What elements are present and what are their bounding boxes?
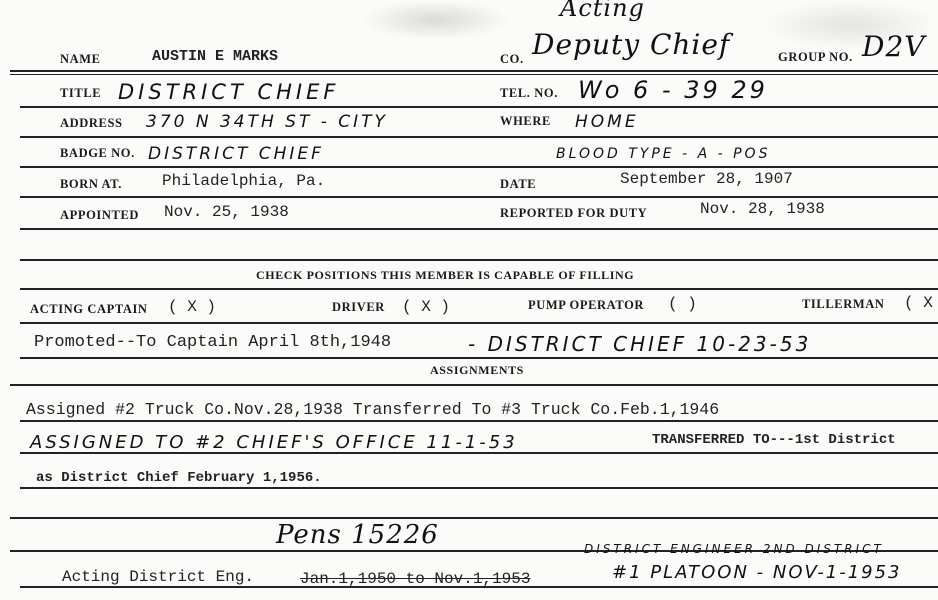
assignment-line-3: as District Chief February 1,1956. xyxy=(36,470,322,486)
co-value: Deputy Chief xyxy=(532,28,730,61)
title-label: TITLE xyxy=(60,86,101,101)
divider xyxy=(10,384,938,386)
divider xyxy=(20,322,938,324)
divider xyxy=(20,357,938,359)
co-value-acting: Acting xyxy=(560,0,645,22)
pension-number: Pens 15226 xyxy=(276,520,439,550)
group-no-value: D2V xyxy=(862,30,925,63)
where-label: WHERE xyxy=(500,114,551,129)
acting-captain-checkbox: ( X ) xyxy=(168,298,216,316)
personnel-record-card: NAME AUSTIN E MARKS Acting CO. Deputy Ch… xyxy=(0,0,938,600)
promotion-handwritten: - DISTRICT CHIEF 10-23-53 xyxy=(468,332,811,356)
appointed-value: Nov. 25, 1938 xyxy=(164,203,289,221)
reported-for-duty-value: Nov. 28, 1938 xyxy=(700,200,825,218)
promotion-typed: Promoted--To Captain April 8th,1948 xyxy=(34,333,391,352)
driver-label: DRIVER xyxy=(332,300,385,315)
address-label: ADDRESS xyxy=(60,116,123,131)
divider xyxy=(20,586,938,588)
badge-no-value: DISTRICT CHIEF xyxy=(148,144,324,164)
group-no-label: GROUP NO. xyxy=(778,50,853,65)
divider xyxy=(10,70,938,75)
divider xyxy=(20,106,938,108)
name-value: AUSTIN E MARKS xyxy=(152,48,278,65)
assignment-line-1: Assigned #2 Truck Co.Nov.28,1938 Transfe… xyxy=(26,400,719,419)
born-at-label: BORN AT. xyxy=(60,177,122,192)
acting-district-eng-typed: Acting District Eng. xyxy=(62,568,254,586)
assignments-heading: ASSIGNMENTS xyxy=(430,363,524,378)
tel-no-value: Wo 6 - 39 29 xyxy=(578,76,768,104)
scan-smudge xyxy=(360,0,510,40)
appointed-label: APPOINTED xyxy=(60,208,139,223)
district-engineer-note: DISTRICT ENGINEER 2ND DISTRICT xyxy=(584,542,884,556)
pump-operator-label: PUMP OPERATOR xyxy=(528,298,644,313)
tillerman-label: TILLERMAN xyxy=(802,297,885,312)
assignment-line-2-handwritten: ASSIGNED TO #2 CHIEF'S OFFICE 11-1-53 xyxy=(30,432,518,453)
tillerman-checkbox: ( X xyxy=(904,294,933,312)
divider xyxy=(10,517,938,519)
divider xyxy=(20,259,938,261)
divider xyxy=(20,136,938,138)
blood-type-note: BLOOD TYPE - A - POS xyxy=(556,146,770,162)
divider xyxy=(20,420,938,422)
co-label: CO. xyxy=(500,52,524,67)
badge-no-label: BADGE NO. xyxy=(60,146,135,161)
pump-operator-checkbox: ( ) xyxy=(668,295,697,313)
divider xyxy=(20,166,938,168)
acting-captain-label: ACTING CAPTAIN xyxy=(30,302,148,317)
divider xyxy=(20,196,938,198)
divider xyxy=(20,228,938,230)
divider xyxy=(20,452,938,454)
divider xyxy=(20,288,938,290)
date-value: September 28, 1907 xyxy=(620,170,793,188)
name-label: NAME xyxy=(60,52,101,67)
date-label: DATE xyxy=(500,177,536,192)
assignment-line-2-typed: TRANSFERRED TO---1st District xyxy=(652,432,896,448)
reported-for-duty-label: REPORTED FOR DUTY xyxy=(500,206,647,221)
title-value: DISTRICT CHIEF xyxy=(118,80,339,104)
positions-heading: CHECK POSITIONS THIS MEMBER IS CAPABLE O… xyxy=(256,268,634,283)
born-at-value: Philadelphia, Pa. xyxy=(162,172,325,190)
where-value: HOME xyxy=(575,112,639,132)
divider xyxy=(20,487,938,489)
address-value: 370 N 34TH ST - CITY xyxy=(146,112,388,132)
driver-checkbox: ( X ) xyxy=(402,298,450,316)
platoon-note: #1 PLATOON - NOV-1-1953 xyxy=(612,562,902,583)
tel-no-label: TEL. NO. xyxy=(500,86,558,101)
